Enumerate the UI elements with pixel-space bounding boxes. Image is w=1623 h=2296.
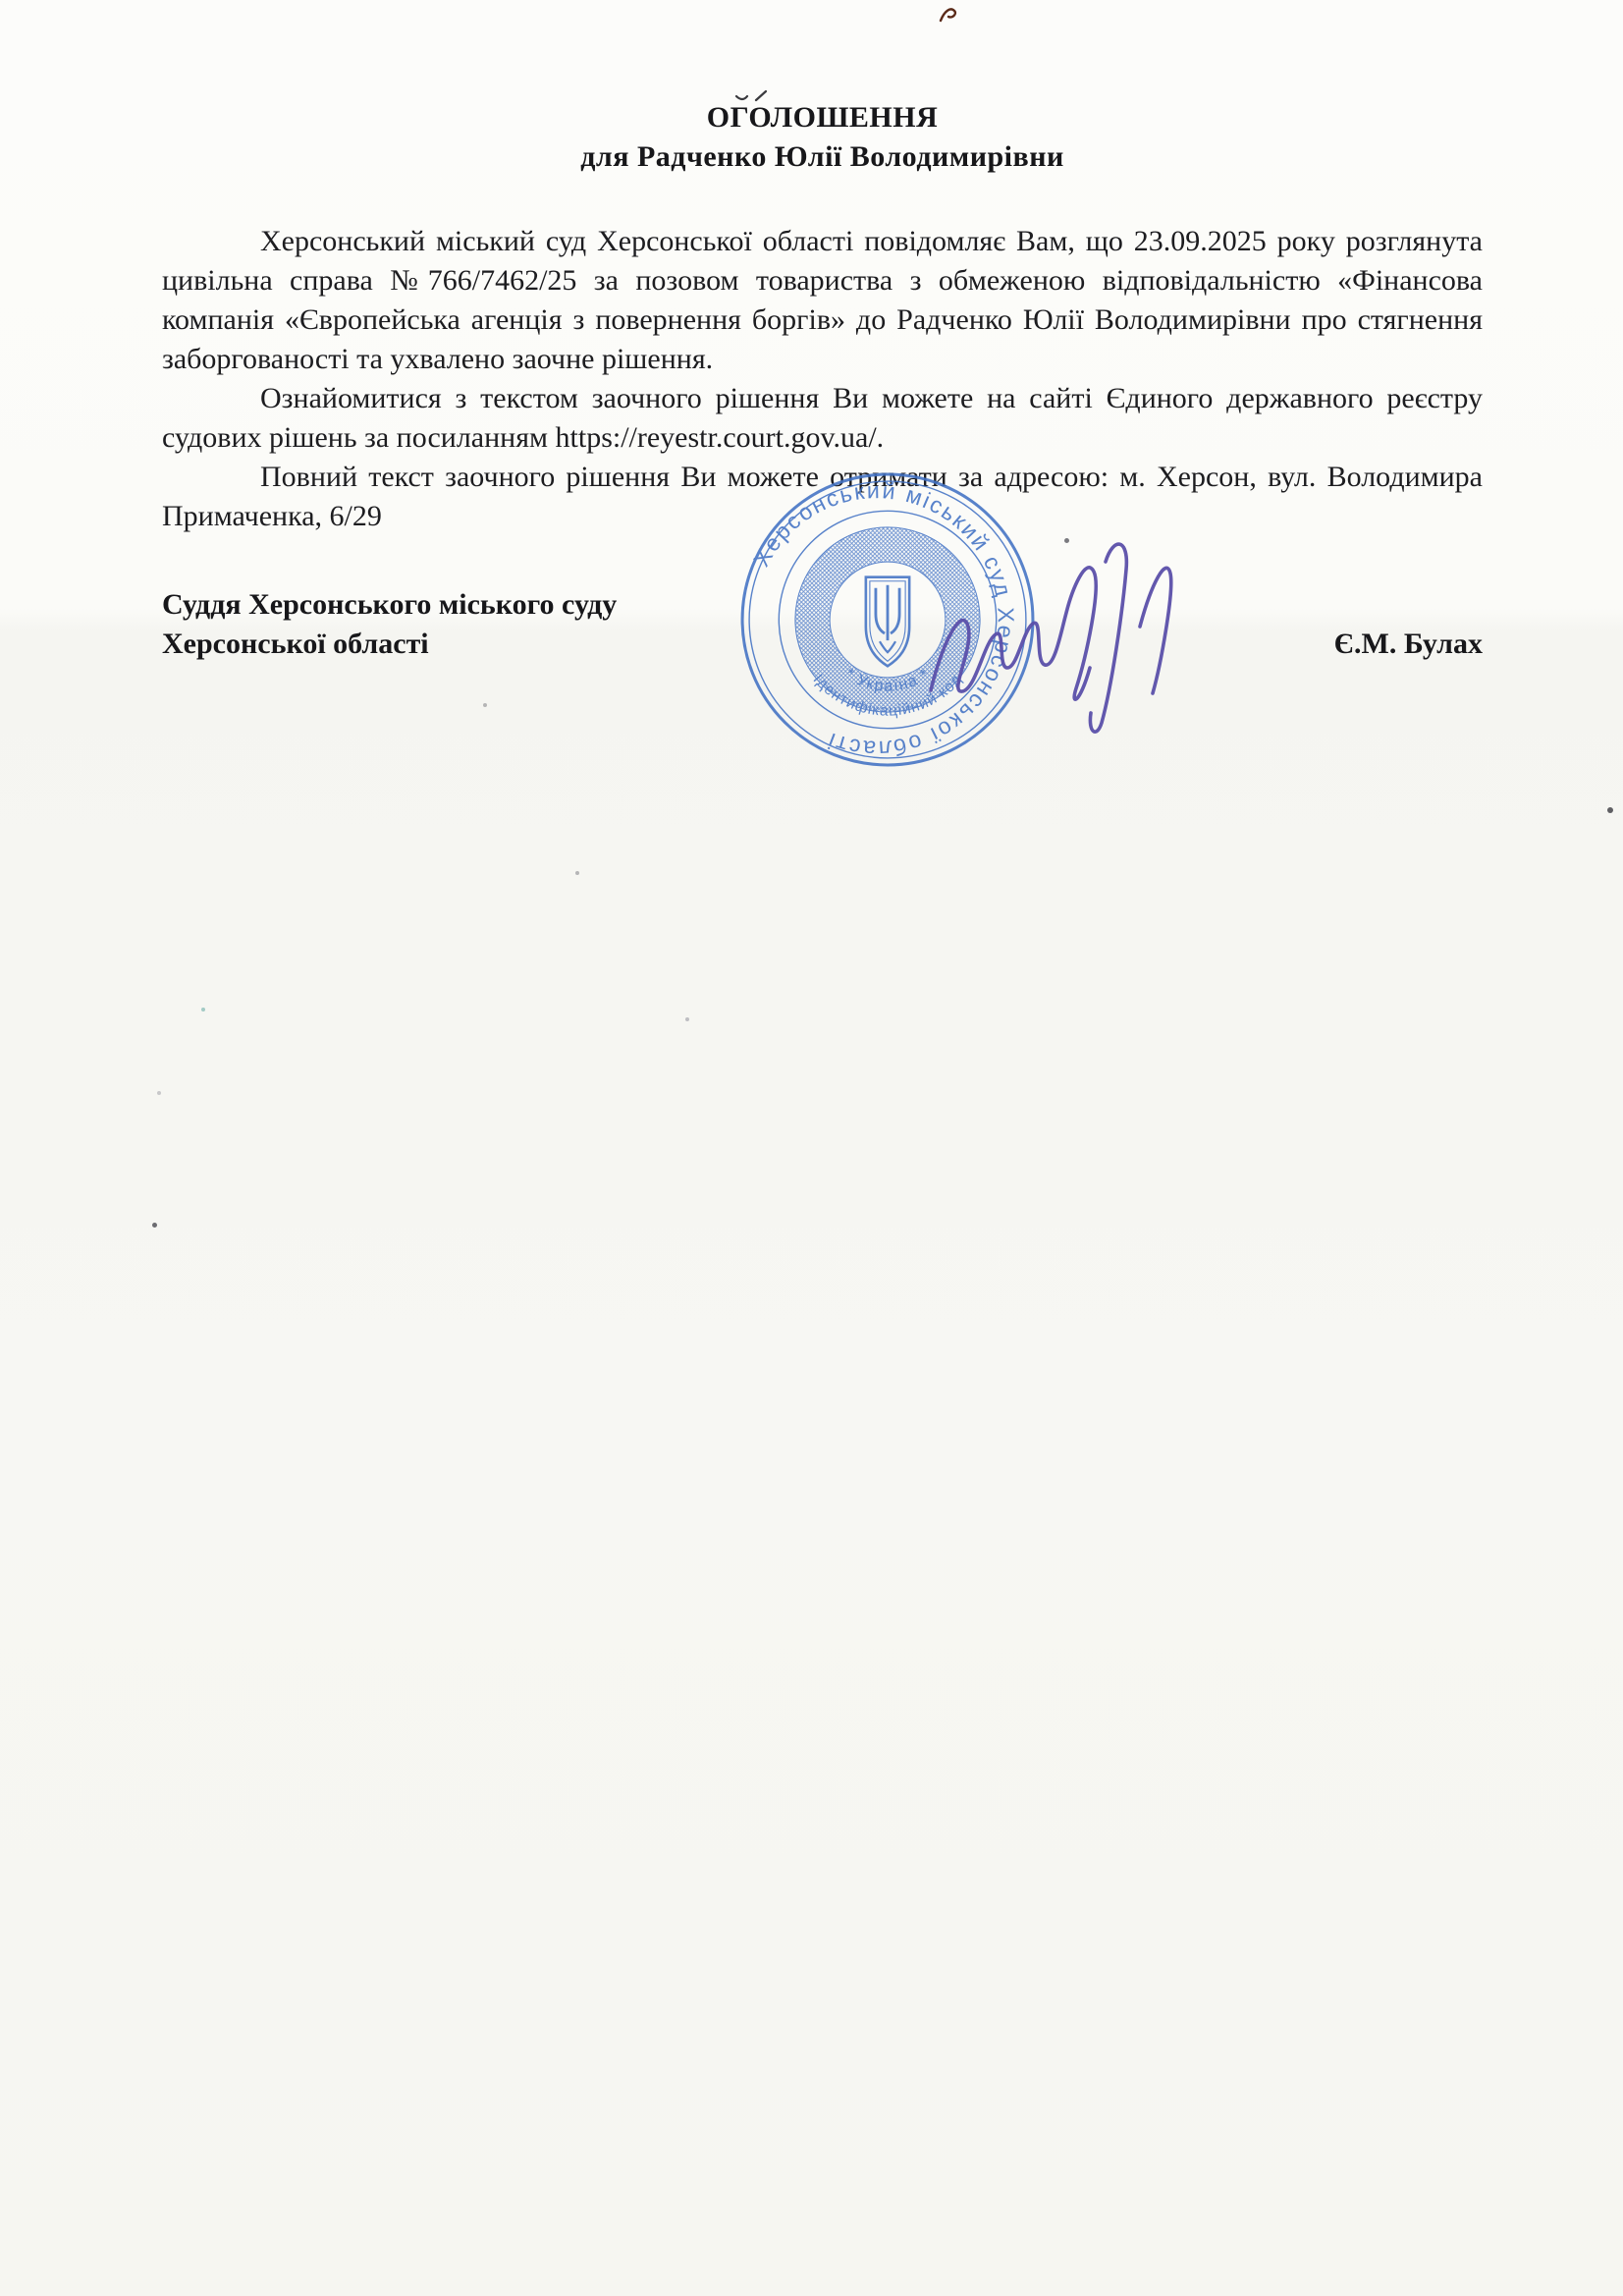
page-title: ОГОЛОШЕННЯ: [162, 98, 1483, 137]
scan-artifact: [575, 871, 579, 875]
page-subtitle: для Радченко Юлії Володимирівни: [162, 137, 1483, 177]
scan-artifact: [685, 1017, 689, 1021]
scanned-court-announcement: ОГОЛОШЕННЯ для Радченко Юлії Володимирів…: [0, 0, 1623, 2296]
scan-artifact: [483, 703, 487, 707]
scan-artifact: [201, 1008, 205, 1011]
scan-artifact: [152, 1223, 157, 1228]
scan-artifact: [1064, 538, 1069, 543]
paragraph-registry-info: Ознайомитися з текстом заочного рішення …: [162, 379, 1483, 458]
scan-artifact: [937, 3, 962, 27]
trident-icon: [866, 577, 909, 667]
scan-artifact: [734, 86, 770, 106]
paragraph-case-info: Херсонський міський суд Херсонської обла…: [162, 222, 1483, 379]
judge-name: Є.М. Булах: [1334, 625, 1483, 664]
judge-role-line2: Херсонської області: [162, 625, 617, 664]
judge-signature: [913, 528, 1198, 759]
judge-role: Суддя Херсонського міського суду Херсонс…: [162, 585, 617, 664]
scan-artifact: [157, 1091, 161, 1095]
scan-artifact: [1607, 807, 1613, 813]
judge-role-line1: Суддя Херсонського міського суду: [162, 585, 617, 625]
